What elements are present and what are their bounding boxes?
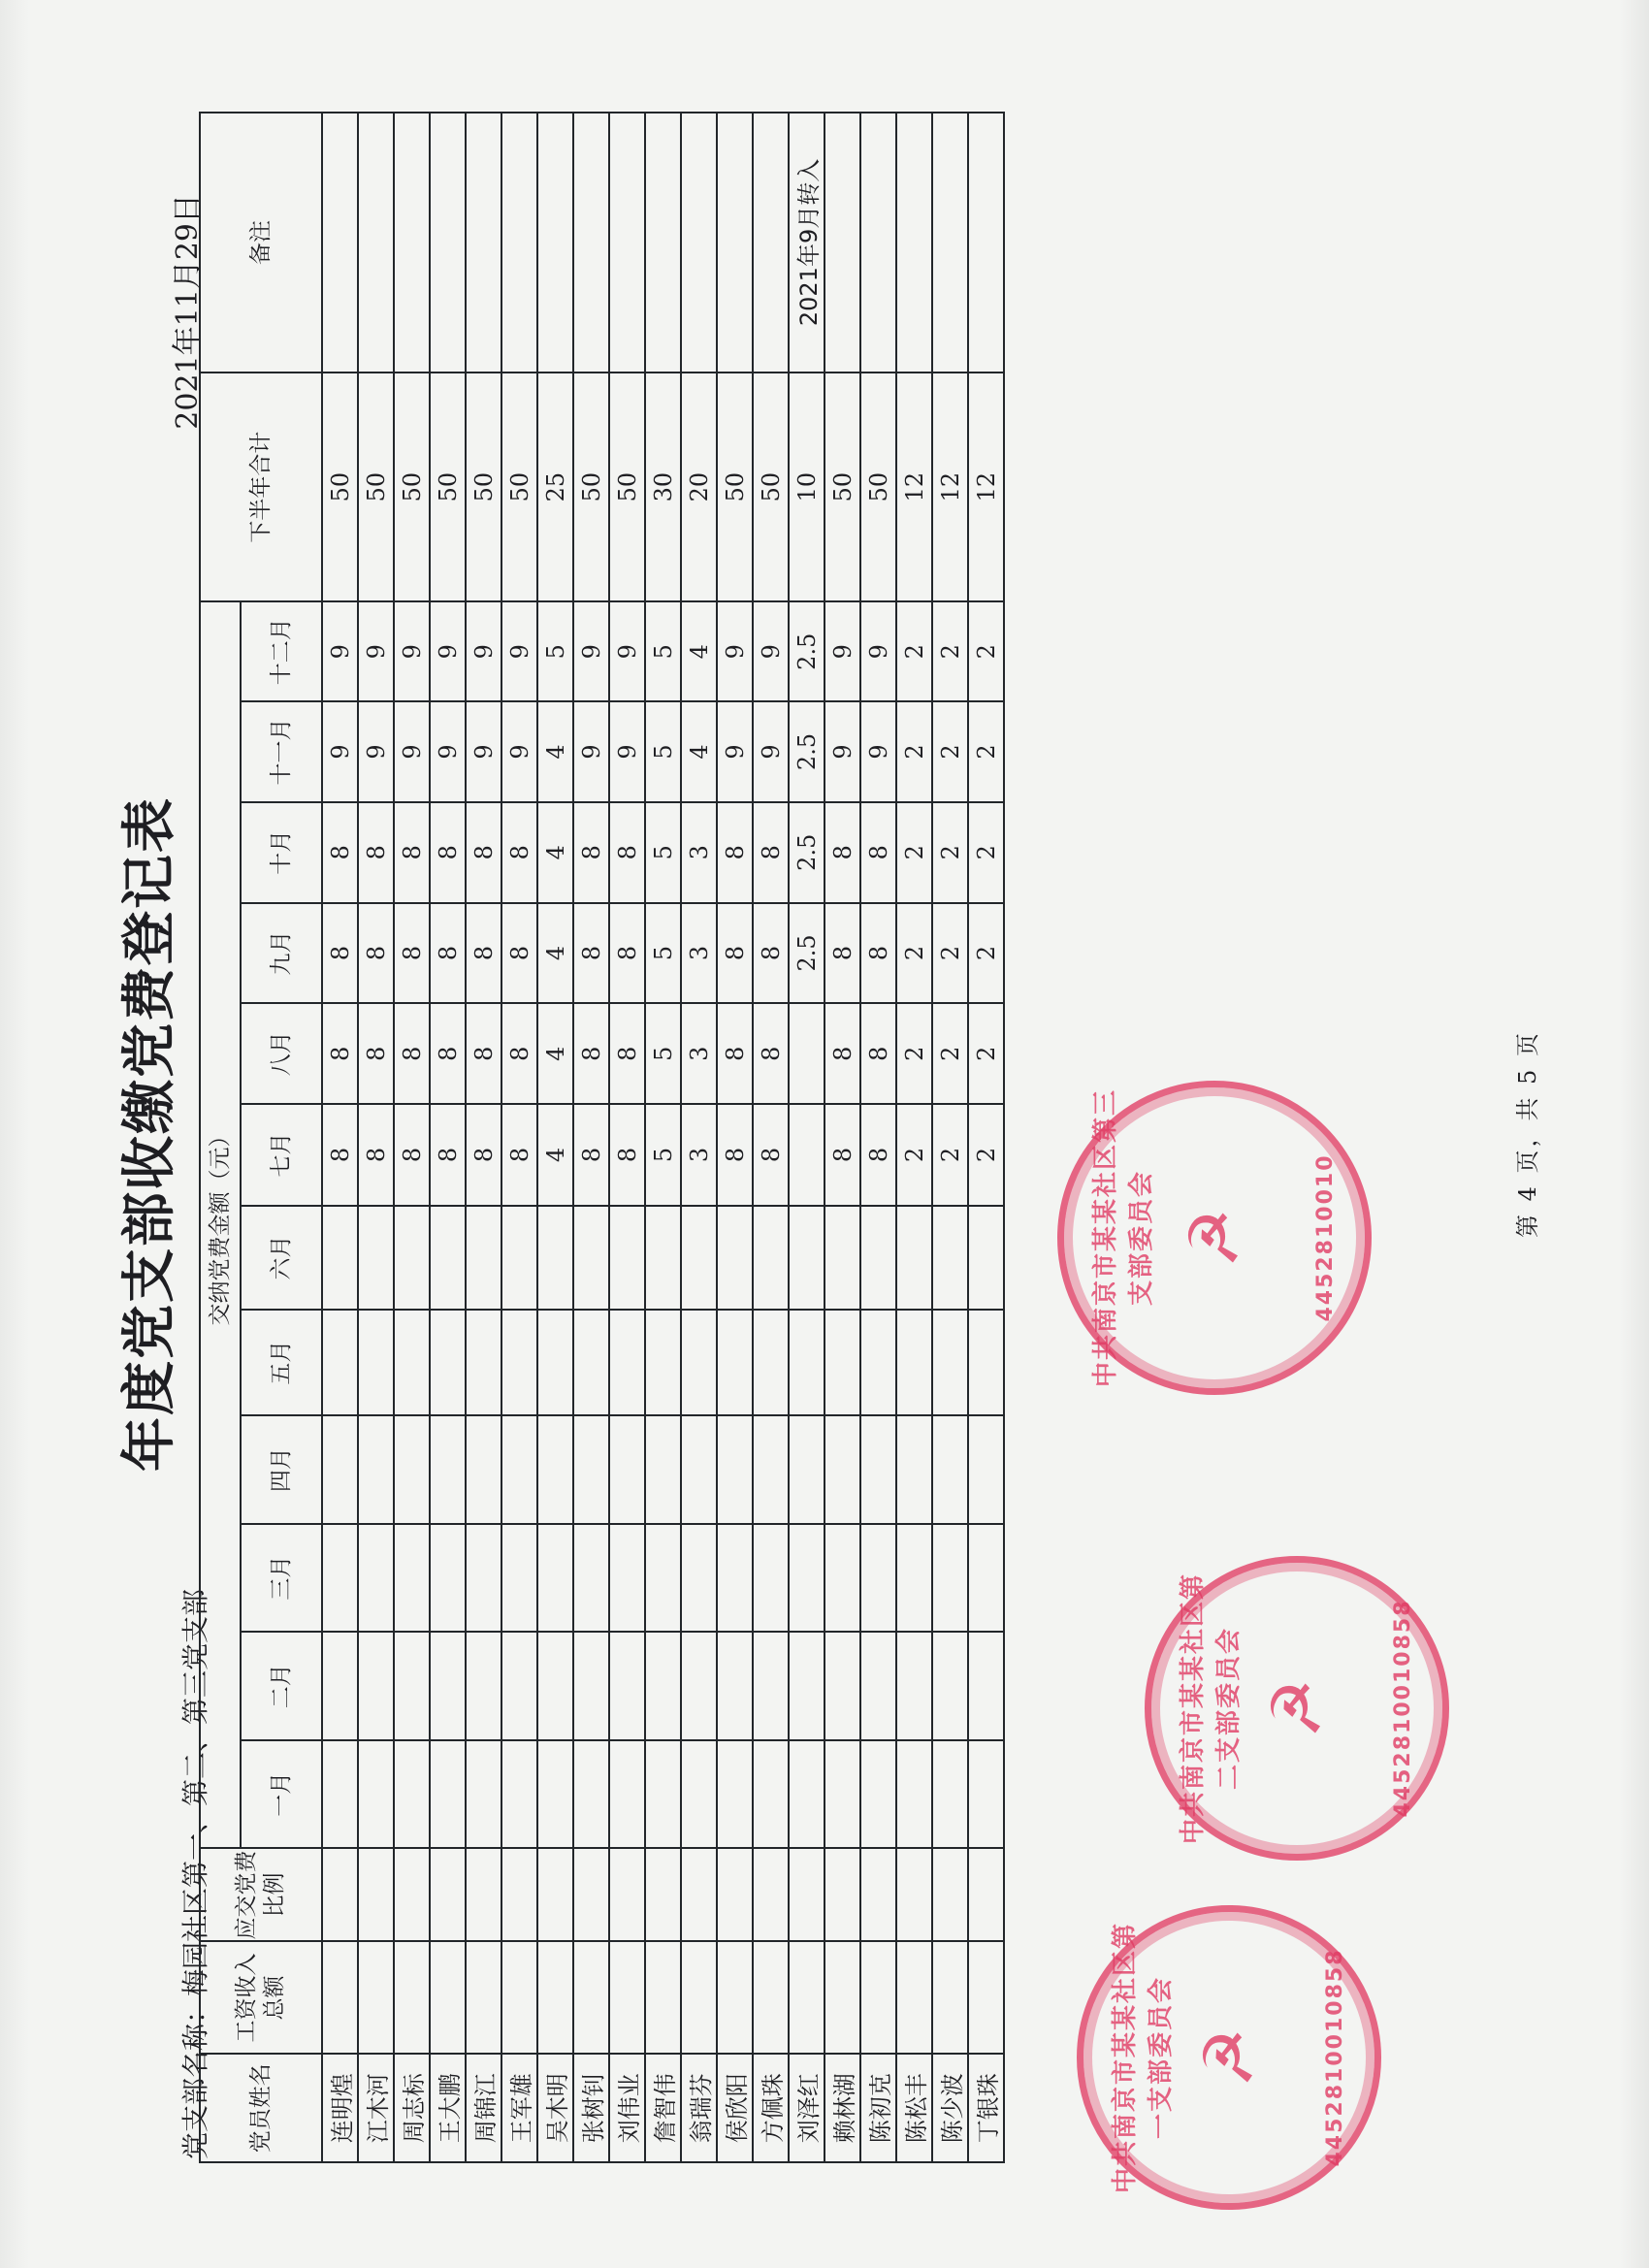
- month-amount-cell: 9: [430, 701, 466, 802]
- remark-cell: [932, 113, 968, 373]
- month-amount-cell: [573, 1206, 609, 1310]
- month-amount-cell: 4: [537, 1104, 573, 1206]
- month-amount-cell: 9: [860, 701, 896, 802]
- month-amount-cell: [466, 1310, 501, 1415]
- member-name: 江木河: [358, 2054, 394, 2162]
- seal-code: 4452810010858: [1391, 1563, 1415, 1854]
- month-amount-cell: 8: [860, 1104, 896, 1206]
- month-amount-cell: [537, 1310, 573, 1415]
- month-amount-cell: 4: [681, 701, 717, 802]
- month-amount-cell: [753, 1740, 789, 1849]
- month-amount-cell: [932, 1415, 968, 1524]
- month-amount-cell: 8: [717, 802, 753, 903]
- month-amount-cell: [968, 1740, 1004, 1849]
- month-amount-cell: 8: [501, 802, 537, 903]
- member-name: 赖林湖: [824, 2054, 860, 2162]
- month-amount-cell: [609, 1310, 645, 1415]
- month-amount-cell: 2.5: [789, 601, 824, 701]
- month-amount-cell: 8: [860, 1003, 896, 1104]
- table-row: 陈松丰22222212: [896, 113, 932, 2162]
- half-year-total-cell: 50: [466, 373, 501, 601]
- month-amount-cell: 2: [896, 701, 932, 802]
- ratio-cell: [896, 1849, 932, 1942]
- month-amount-cell: [789, 1206, 824, 1310]
- month-amount-cell: 8: [322, 1003, 358, 1104]
- month-amount-cell: 9: [430, 601, 466, 701]
- red-seal-2: 中共南京市某某社区第二支部委员会 ☭ 4452810010858: [1145, 1556, 1449, 1861]
- table-row: 张树钊88889950: [573, 113, 609, 2162]
- month-amount-cell: [717, 1310, 753, 1415]
- month-amount-cell: 5: [645, 903, 681, 1004]
- month-amount-cell: 9: [609, 601, 645, 701]
- hammer-sickle-icon: ☭: [1263, 1678, 1331, 1739]
- month-amount-cell: 2: [968, 802, 1004, 903]
- month-amount-cell: [717, 1740, 753, 1849]
- month-amount-cell: 8: [824, 903, 860, 1004]
- month-amount-cell: 9: [466, 601, 501, 701]
- month-amount-cell: [824, 1206, 860, 1310]
- member-name: 周锦江: [466, 2054, 501, 2162]
- month-amount-cell: [322, 1206, 358, 1310]
- ratio-cell: [430, 1849, 466, 1942]
- remark-cell: [394, 113, 430, 373]
- month-amount-cell: [609, 1740, 645, 1849]
- member-name: 丁银珠: [968, 2054, 1004, 2162]
- month-amount-cell: 8: [466, 1003, 501, 1104]
- month-amount-cell: [896, 1740, 932, 1849]
- month-amount-cell: 2: [896, 601, 932, 701]
- month-amount-cell: [932, 1740, 968, 1849]
- month-amount-cell: [645, 1310, 681, 1415]
- month-amount-cell: [896, 1524, 932, 1633]
- wage-cell: [394, 1941, 430, 2054]
- table-row: 侯欣阳88889950: [717, 113, 753, 2162]
- header-month-11: 十一月: [241, 701, 322, 802]
- month-amount-cell: [430, 1310, 466, 1415]
- month-amount-cell: [681, 1524, 717, 1633]
- month-amount-cell: [501, 1206, 537, 1310]
- month-amount-cell: [860, 1740, 896, 1849]
- month-amount-cell: 9: [322, 601, 358, 701]
- month-amount-cell: [430, 1632, 466, 1740]
- month-amount-cell: [824, 1740, 860, 1849]
- month-amount-cell: 2: [932, 1104, 968, 1206]
- month-amount-cell: [322, 1310, 358, 1415]
- member-name: 刘泽红: [789, 2054, 824, 2162]
- month-amount-cell: 8: [717, 903, 753, 1004]
- month-amount-cell: 8: [430, 1104, 466, 1206]
- month-amount-cell: [645, 1415, 681, 1524]
- month-amount-cell: 4: [537, 701, 573, 802]
- month-amount-cell: 8: [322, 802, 358, 903]
- remark-cell: [430, 113, 466, 373]
- month-amount-cell: 5: [645, 802, 681, 903]
- month-amount-cell: 9: [358, 601, 394, 701]
- half-year-total-cell: 25: [537, 373, 573, 601]
- month-amount-cell: 8: [394, 1003, 430, 1104]
- month-amount-cell: [358, 1310, 394, 1415]
- month-amount-cell: [358, 1415, 394, 1524]
- table-row: 陈少波22222212: [932, 113, 968, 2162]
- remark-cell: [537, 113, 573, 373]
- month-amount-cell: [824, 1632, 860, 1740]
- half-year-total-cell: 50: [430, 373, 466, 601]
- header-month-8: 八月: [241, 1003, 322, 1104]
- month-amount-cell: [789, 1740, 824, 1849]
- table-row: 詹智伟55555530: [645, 113, 681, 2162]
- month-amount-cell: 8: [466, 1104, 501, 1206]
- month-amount-cell: 8: [573, 1104, 609, 1206]
- month-amount-cell: 9: [824, 701, 860, 802]
- table-row: 翁瑞芬33334420: [681, 113, 717, 2162]
- month-amount-cell: 5: [645, 601, 681, 701]
- month-amount-cell: [501, 1310, 537, 1415]
- member-name: 方佩珠: [753, 2054, 789, 2162]
- month-amount-cell: [537, 1415, 573, 1524]
- table-row: 陈初克88889950: [860, 113, 896, 2162]
- header-name: 党员姓名: [200, 2054, 322, 2162]
- red-seal-1: 中共南京市某某社区第一支部委员会 ☭ 4452810010858: [1077, 1905, 1381, 2210]
- seal-code: 4452810010858: [1323, 1912, 1347, 2203]
- wage-cell: [824, 1941, 860, 2054]
- month-amount-cell: [466, 1415, 501, 1524]
- month-amount-cell: 8: [573, 1003, 609, 1104]
- member-name: 翁瑞芬: [681, 2054, 717, 2162]
- month-amount-cell: 4: [537, 1003, 573, 1104]
- remark-cell: [466, 113, 501, 373]
- month-amount-cell: 4: [537, 802, 573, 903]
- ratio-cell: [717, 1849, 753, 1942]
- month-amount-cell: 8: [753, 903, 789, 1004]
- hammer-sickle-icon: ☭: [1195, 2027, 1263, 2089]
- header-paid-group: 交纳党费金额（元）: [200, 601, 241, 1848]
- month-amount-cell: 9: [322, 701, 358, 802]
- month-amount-cell: [609, 1632, 645, 1740]
- month-amount-cell: [932, 1524, 968, 1633]
- month-amount-cell: [501, 1524, 537, 1633]
- month-amount-cell: [573, 1524, 609, 1633]
- month-amount-cell: 9: [753, 601, 789, 701]
- header-month-10: 十月: [241, 802, 322, 903]
- month-amount-cell: [932, 1206, 968, 1310]
- wage-cell: [753, 1941, 789, 2054]
- table-row: 连明煌88889950: [322, 113, 358, 2162]
- header-month-3: 三月: [241, 1524, 322, 1633]
- member-name: 王大鹏: [430, 2054, 466, 2162]
- month-amount-cell: 8: [824, 802, 860, 903]
- remark-cell: [645, 113, 681, 373]
- half-year-total-cell: 50: [394, 373, 430, 601]
- month-amount-cell: 8: [358, 1104, 394, 1206]
- ratio-cell: [932, 1849, 968, 1942]
- ratio-cell: [501, 1849, 537, 1942]
- month-amount-cell: [537, 1524, 573, 1633]
- month-amount-cell: [501, 1740, 537, 1849]
- month-amount-cell: 2: [896, 802, 932, 903]
- table-row: 江木河88889950: [358, 113, 394, 2162]
- month-amount-cell: 9: [717, 701, 753, 802]
- month-amount-cell: 8: [394, 903, 430, 1004]
- hammer-sickle-icon: ☭: [1180, 1208, 1248, 1269]
- month-amount-cell: [753, 1206, 789, 1310]
- month-amount-cell: [358, 1524, 394, 1633]
- month-amount-cell: [609, 1206, 645, 1310]
- member-name: 陈松丰: [896, 2054, 932, 2162]
- month-amount-cell: [394, 1632, 430, 1740]
- month-amount-cell: 2: [932, 903, 968, 1004]
- month-amount-cell: 5: [645, 1003, 681, 1104]
- month-amount-cell: 2: [968, 601, 1004, 701]
- month-amount-cell: [789, 1415, 824, 1524]
- month-amount-cell: 9: [824, 601, 860, 701]
- month-amount-cell: [968, 1524, 1004, 1633]
- table-row: 周志标88889950: [394, 113, 430, 2162]
- month-amount-cell: [609, 1415, 645, 1524]
- month-amount-cell: 2: [932, 601, 968, 701]
- remark-cell: [824, 113, 860, 373]
- table-row: 刘泽红2.52.52.52.5102021年9月转入: [789, 113, 824, 2162]
- month-amount-cell: 8: [573, 903, 609, 1004]
- month-amount-cell: [753, 1310, 789, 1415]
- month-amount-cell: [789, 1524, 824, 1633]
- half-year-total-cell: 50: [609, 373, 645, 601]
- header-wage: 工资收入总额: [200, 1941, 322, 2054]
- ratio-cell: [645, 1849, 681, 1942]
- month-amount-cell: [358, 1206, 394, 1310]
- remark-cell: [860, 113, 896, 373]
- remark-cell: [753, 113, 789, 373]
- month-amount-cell: [681, 1632, 717, 1740]
- remark-cell: [573, 113, 609, 373]
- seal-text: 中共南京市某某社区第一支部委员会: [1105, 1912, 1177, 2203]
- month-amount-cell: 8: [466, 802, 501, 903]
- half-year-total-cell: 50: [753, 373, 789, 601]
- wage-cell: [537, 1941, 573, 2054]
- month-amount-cell: 3: [681, 903, 717, 1004]
- seal-text: 中共南京市某某社区第二支部委员会: [1173, 1563, 1245, 1854]
- month-amount-cell: [681, 1415, 717, 1524]
- ratio-cell: [609, 1849, 645, 1942]
- wage-cell: [430, 1941, 466, 2054]
- month-amount-cell: 5: [645, 701, 681, 802]
- half-year-total-cell: 50: [860, 373, 896, 601]
- month-amount-cell: 9: [717, 601, 753, 701]
- month-amount-cell: 3: [681, 802, 717, 903]
- half-year-total-cell: 12: [968, 373, 1004, 601]
- month-amount-cell: 9: [394, 701, 430, 802]
- month-amount-cell: 8: [501, 1003, 537, 1104]
- month-amount-cell: 8: [394, 802, 430, 903]
- seal-code: 4452810010: [1313, 1087, 1338, 1388]
- rotated-page: 年度党支部收缴党费登记表 党支部名称：梅园社区第一、第二、第三党支部 2021年…: [0, 0, 1649, 2268]
- member-name: 周志标: [394, 2054, 430, 2162]
- month-amount-cell: [824, 1524, 860, 1633]
- month-amount-cell: 8: [860, 903, 896, 1004]
- month-amount-cell: 8: [753, 1003, 789, 1104]
- month-amount-cell: [394, 1524, 430, 1633]
- month-amount-cell: 2: [968, 1003, 1004, 1104]
- month-amount-cell: 2: [932, 1003, 968, 1104]
- red-seal-3: 中共南京市某某社区第三支部委员会 ☭ 4452810010: [1057, 1081, 1372, 1395]
- month-amount-cell: 8: [717, 1003, 753, 1104]
- table-row: 王大鹏88889950: [430, 113, 466, 2162]
- seal-text: 中共南京市某某社区第三支部委员会: [1085, 1087, 1157, 1388]
- month-amount-cell: [681, 1206, 717, 1310]
- month-amount-cell: [466, 1740, 501, 1849]
- month-amount-cell: [896, 1632, 932, 1740]
- wage-cell: [645, 1941, 681, 2054]
- header-month-4: 四月: [241, 1415, 322, 1524]
- wage-cell: [501, 1941, 537, 2054]
- header-month-5: 五月: [241, 1310, 322, 1415]
- month-amount-cell: [789, 1310, 824, 1415]
- half-year-total-cell: 50: [501, 373, 537, 601]
- month-amount-cell: [968, 1415, 1004, 1524]
- month-amount-cell: 4: [681, 601, 717, 701]
- month-amount-cell: [466, 1524, 501, 1633]
- month-amount-cell: [860, 1632, 896, 1740]
- month-amount-cell: [394, 1206, 430, 1310]
- half-year-total-cell: 30: [645, 373, 681, 601]
- remark-cell: 2021年9月转入: [789, 113, 824, 373]
- wage-cell: [860, 1941, 896, 2054]
- member-name: 陈初克: [860, 2054, 896, 2162]
- month-amount-cell: [573, 1740, 609, 1849]
- ratio-cell: [860, 1849, 896, 1942]
- half-year-total-cell: 50: [717, 373, 753, 601]
- half-year-total-cell: 50: [358, 373, 394, 601]
- month-amount-cell: [430, 1415, 466, 1524]
- header-month-1: 一月: [241, 1740, 322, 1849]
- remark-cell: [609, 113, 645, 373]
- half-year-total-cell: 50: [824, 373, 860, 601]
- month-amount-cell: 9: [394, 601, 430, 701]
- month-amount-cell: [681, 1310, 717, 1415]
- month-amount-cell: 9: [573, 601, 609, 701]
- month-amount-cell: 8: [358, 1003, 394, 1104]
- month-amount-cell: 9: [358, 701, 394, 802]
- ratio-cell: [537, 1849, 573, 1942]
- month-amount-cell: 2.5: [789, 701, 824, 802]
- month-amount-cell: 8: [717, 1104, 753, 1206]
- wage-cell: [789, 1941, 824, 2054]
- month-amount-cell: [430, 1206, 466, 1310]
- month-amount-cell: [573, 1632, 609, 1740]
- month-amount-cell: [860, 1206, 896, 1310]
- month-amount-cell: [860, 1310, 896, 1415]
- remark-cell: [968, 113, 1004, 373]
- remark-cell: [322, 113, 358, 373]
- month-amount-cell: 8: [322, 903, 358, 1004]
- ratio-cell: [358, 1849, 394, 1942]
- month-amount-cell: 8: [753, 802, 789, 903]
- header-remark: 备注: [200, 113, 322, 373]
- month-amount-cell: 2: [932, 701, 968, 802]
- month-amount-cell: 2: [932, 802, 968, 903]
- month-amount-cell: 8: [609, 1104, 645, 1206]
- half-year-total-cell: 12: [896, 373, 932, 601]
- month-amount-cell: 8: [358, 903, 394, 1004]
- month-amount-cell: [394, 1415, 430, 1524]
- month-amount-cell: [717, 1524, 753, 1633]
- table-row: 赖林湖88889950: [824, 113, 860, 2162]
- month-amount-cell: 5: [645, 1104, 681, 1206]
- month-amount-cell: 8: [824, 1104, 860, 1206]
- month-amount-cell: [717, 1206, 753, 1310]
- month-amount-cell: 2: [896, 1003, 932, 1104]
- month-amount-cell: 2: [896, 903, 932, 1004]
- month-amount-cell: [824, 1415, 860, 1524]
- ratio-cell: [573, 1849, 609, 1942]
- month-amount-cell: [968, 1632, 1004, 1740]
- month-amount-cell: 2: [968, 903, 1004, 1004]
- remark-cell: [896, 113, 932, 373]
- month-amount-cell: [717, 1632, 753, 1740]
- month-amount-cell: 8: [501, 1104, 537, 1206]
- header-month-2: 二月: [241, 1632, 322, 1740]
- month-amount-cell: [394, 1740, 430, 1849]
- month-amount-cell: 8: [860, 802, 896, 903]
- month-amount-cell: [789, 1632, 824, 1740]
- member-name: 连明煌: [322, 2054, 358, 2162]
- month-amount-cell: [645, 1206, 681, 1310]
- month-amount-cell: 2.5: [789, 802, 824, 903]
- month-amount-cell: 4: [537, 903, 573, 1004]
- member-name: 张树钊: [573, 2054, 609, 2162]
- month-amount-cell: [501, 1632, 537, 1740]
- month-amount-cell: [645, 1524, 681, 1633]
- month-amount-cell: [466, 1632, 501, 1740]
- month-amount-cell: 8: [322, 1104, 358, 1206]
- half-year-total-cell: 20: [681, 373, 717, 601]
- month-amount-cell: [322, 1632, 358, 1740]
- month-amount-cell: 2: [896, 1104, 932, 1206]
- month-amount-cell: 8: [609, 903, 645, 1004]
- month-amount-cell: [896, 1310, 932, 1415]
- month-amount-cell: 9: [753, 701, 789, 802]
- wage-cell: [932, 1941, 968, 2054]
- month-amount-cell: 9: [573, 701, 609, 802]
- header-month-12: 十二月: [241, 601, 322, 701]
- ratio-cell: [824, 1849, 860, 1942]
- wage-cell: [609, 1941, 645, 2054]
- month-amount-cell: [537, 1632, 573, 1740]
- month-amount-cell: 8: [358, 802, 394, 903]
- month-amount-cell: [789, 1003, 824, 1104]
- month-amount-cell: [968, 1206, 1004, 1310]
- month-amount-cell: 9: [860, 601, 896, 701]
- month-amount-cell: [358, 1632, 394, 1740]
- month-amount-cell: 8: [430, 1003, 466, 1104]
- month-amount-cell: 8: [609, 1003, 645, 1104]
- month-amount-cell: [394, 1310, 430, 1415]
- month-amount-cell: [860, 1415, 896, 1524]
- ratio-cell: [681, 1849, 717, 1942]
- month-amount-cell: 8: [609, 802, 645, 903]
- month-amount-cell: [896, 1206, 932, 1310]
- header-ratio: 应交党费比例: [200, 1849, 322, 1942]
- remark-cell: [358, 113, 394, 373]
- member-name: 詹智伟: [645, 2054, 681, 2162]
- month-amount-cell: 8: [466, 903, 501, 1004]
- member-name: 王军雄: [501, 2054, 537, 2162]
- month-amount-cell: 2.5: [789, 903, 824, 1004]
- month-amount-cell: [609, 1524, 645, 1633]
- page-number: 第 4 页，共 5 页: [1508, 0, 1542, 2268]
- member-name: 吴木明: [537, 2054, 573, 2162]
- table-row: 刘伟业88889950: [609, 113, 645, 2162]
- month-amount-cell: [322, 1740, 358, 1849]
